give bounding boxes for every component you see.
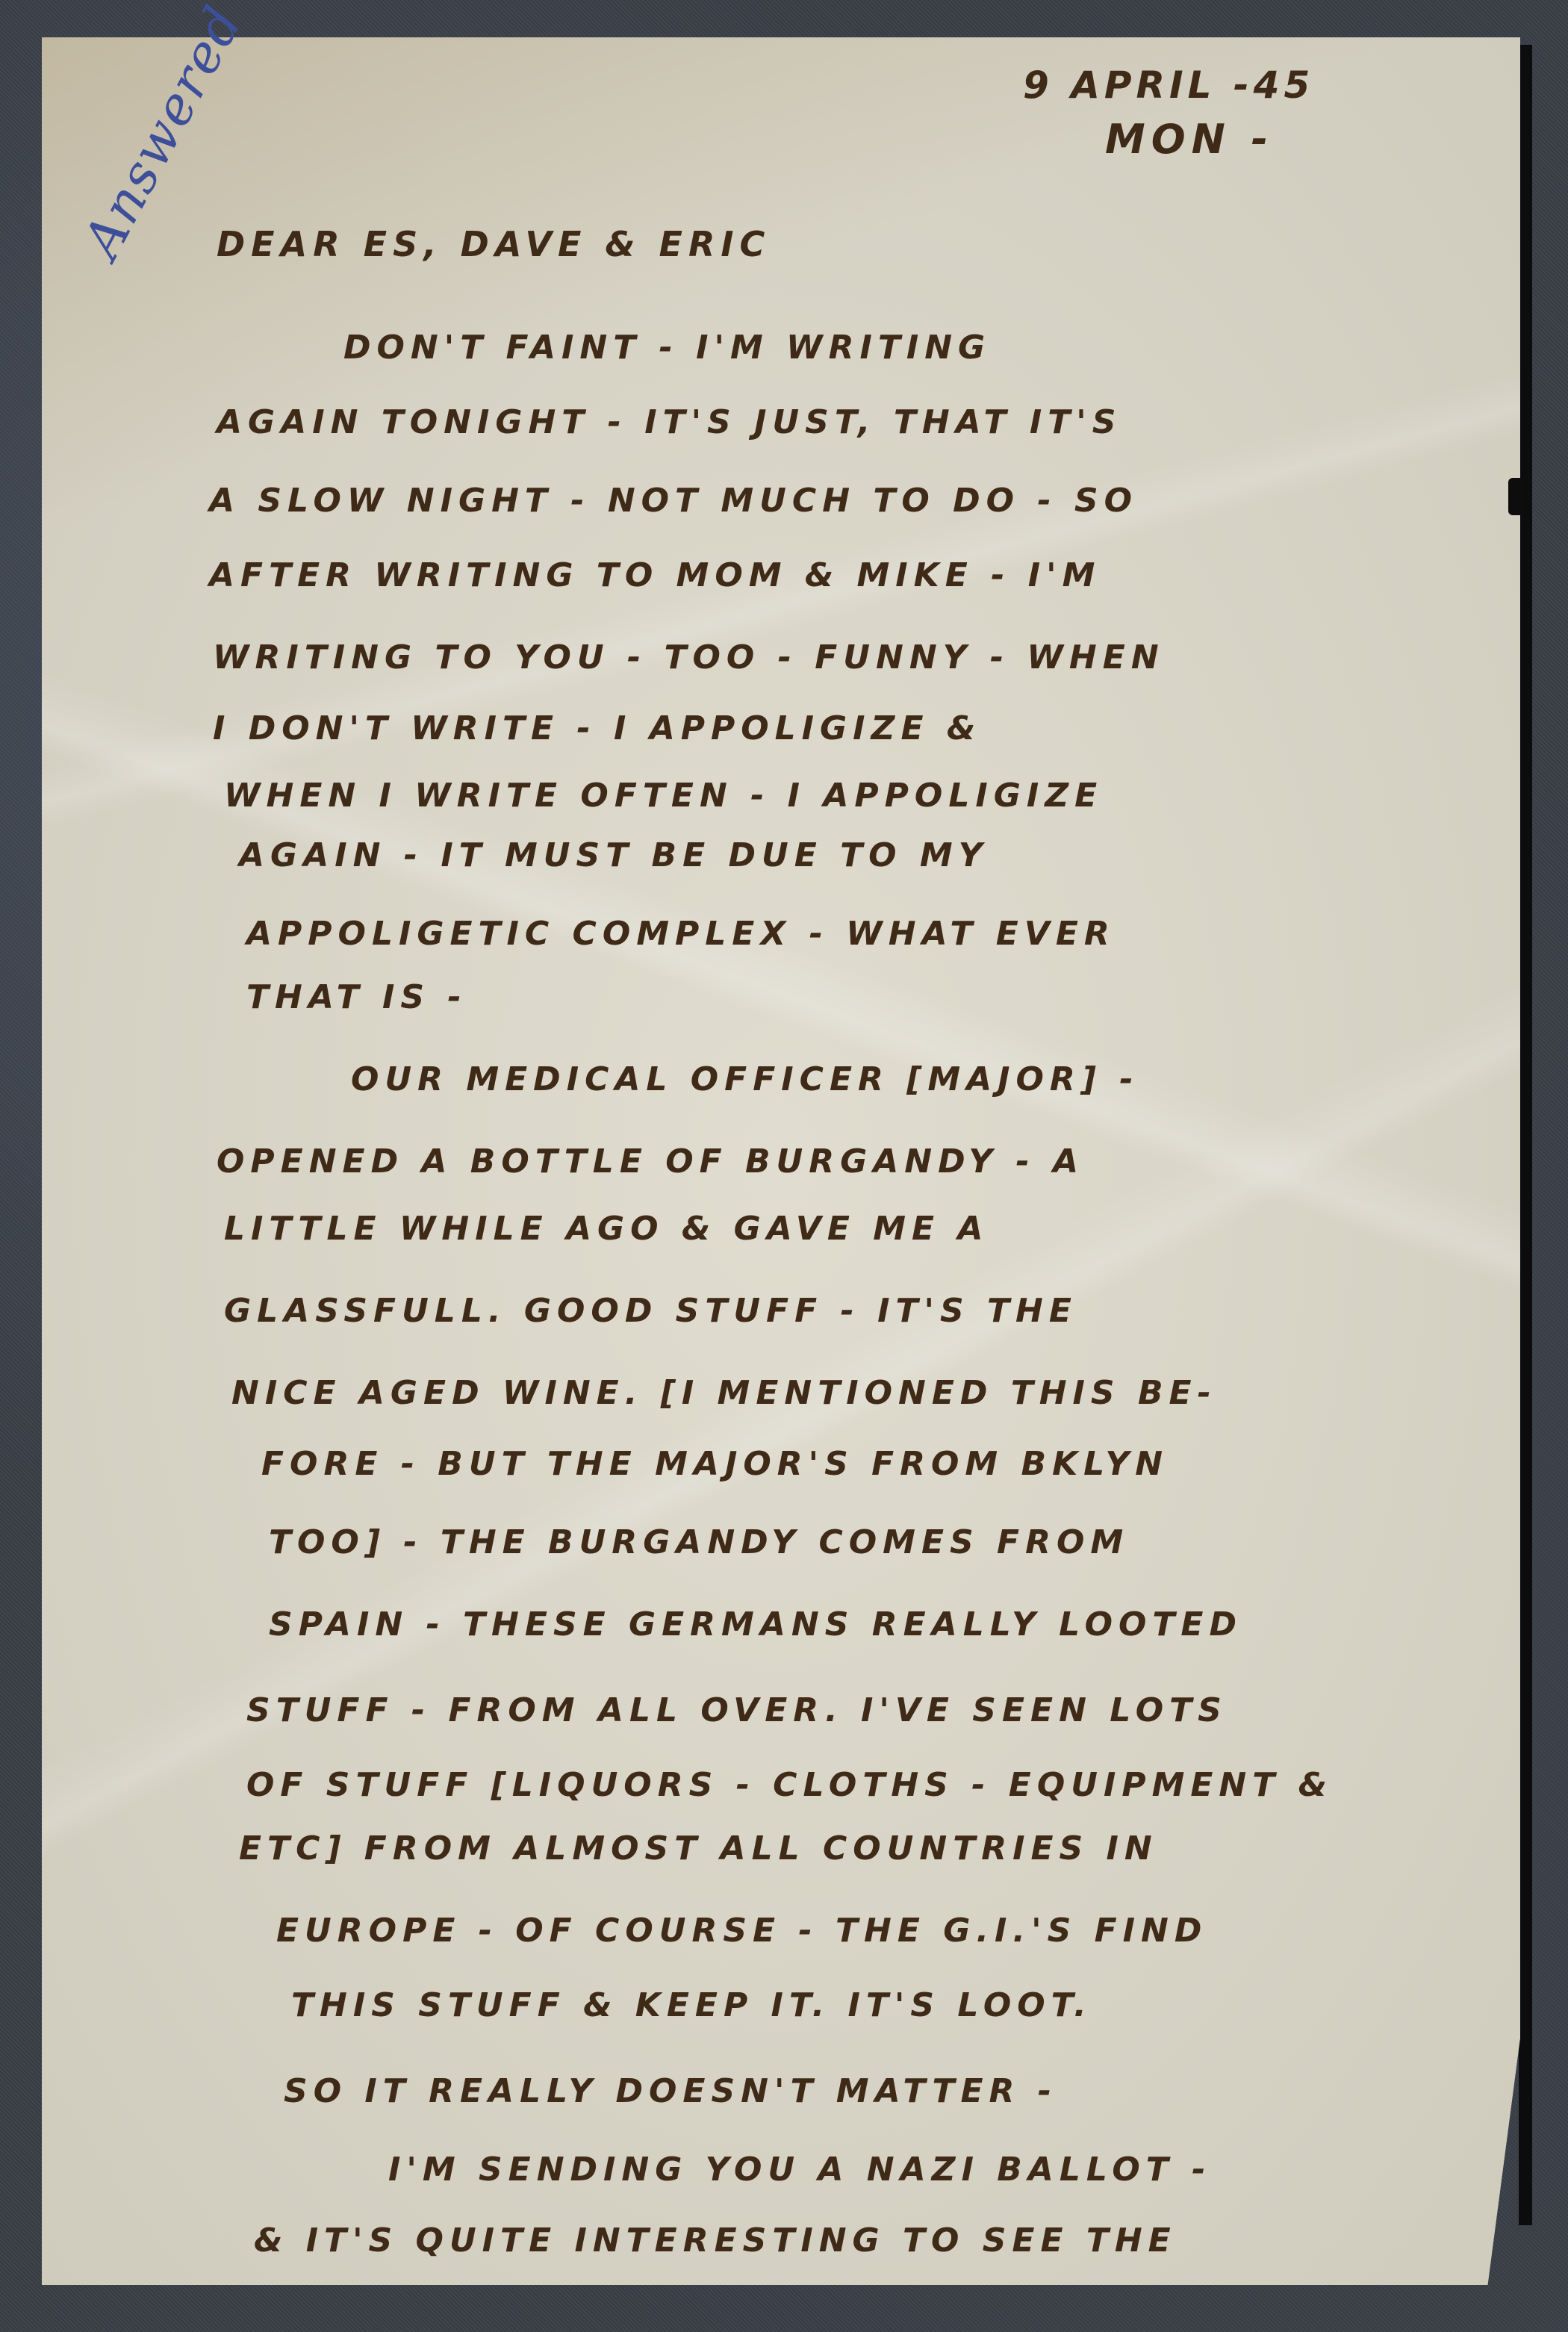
letter-line: fore - but the Major's from Bklyn [261, 1445, 1169, 1483]
salutation: Dear Es, Dave & Eric [217, 224, 771, 264]
letter-line: So it really doesn't matter - [284, 2072, 1057, 2110]
letter-line: of stuff [liquors - cloths - equipment & [246, 1766, 1333, 1804]
letter-line: glassfull. Good stuff - it's the [224, 1292, 1077, 1330]
letter-line: when I write often - I appoligize [224, 777, 1103, 815]
letter-line: Don't faint - I'm writing [343, 329, 991, 367]
letter-line: opened a bottle of Burgandy - A [217, 1142, 1084, 1181]
letter-line: etc] from almost all countries in [239, 1829, 1158, 1868]
letter-line: this stuff & keep it. It's loot. [291, 1986, 1092, 2024]
letter-line: nice aged wine. [I mentioned this be- [231, 1374, 1217, 1412]
letter-line: I don't write - I appoligize & [213, 709, 981, 747]
letter-line: Spain - These Germans really looted [269, 1605, 1242, 1644]
letter-line: after writing to Mom & Mike - I'm [209, 556, 1101, 594]
letter-line: appoligetic complex - what ever [246, 915, 1116, 953]
letter-line: & it's quite interesting to see the [254, 2221, 1177, 2260]
letter-day: Mon - [1105, 116, 1274, 163]
paper-tear [1508, 478, 1525, 515]
letter-line: again - It must be due to my [239, 836, 988, 874]
letter-line: again tonight - It's just, that it's [217, 403, 1121, 441]
letter-line: little while ago & gave me a [224, 1210, 989, 1248]
letter-date: 9 April -45 [1023, 63, 1314, 107]
letter-line: Our medical officer [Major] - [351, 1060, 1139, 1098]
mount-shadow [1519, 45, 1532, 2225]
letter-line: too] - The Burgandy comes from [269, 1523, 1129, 1561]
letter-line: a slow night - not much to do - so [209, 482, 1138, 520]
letter-line: I'm sending you a Nazi Ballot - [388, 2151, 1211, 2189]
letter-line: writing to you - too - Funny - when [213, 638, 1165, 677]
letter-line: Europe - Of course - the G.I.'s find [276, 1912, 1207, 1950]
letter-line: that is - [246, 978, 467, 1016]
letter-line: stuff - from all over. I've seen lots [246, 1691, 1228, 1729]
